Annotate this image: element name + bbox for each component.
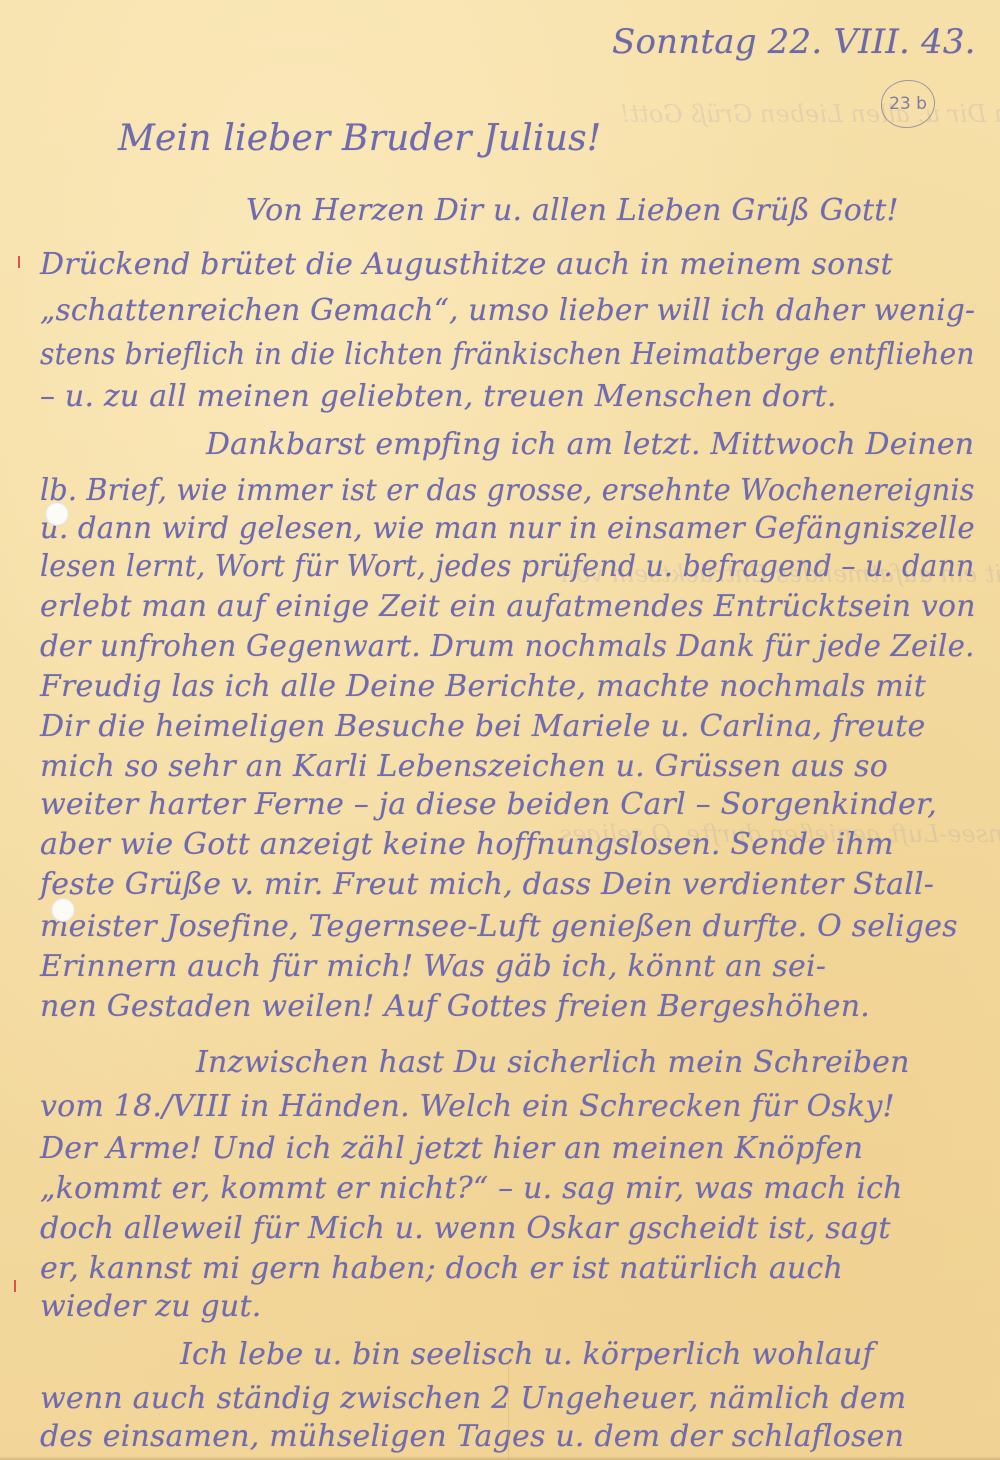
letter-line: wenn auch ständig zwischen 2 Ungeheuer, … bbox=[40, 1384, 906, 1414]
punch-hole bbox=[45, 502, 69, 526]
letter-line: u. dann wird gelesen, wie man nur in ein… bbox=[40, 514, 975, 544]
letter-line: Freudig las ich alle Deine Berichte, mac… bbox=[40, 672, 926, 702]
letter-page: Von Herzen Dir u. allen Lieben Grüß Gott… bbox=[0, 0, 1000, 1460]
paper-edge bbox=[0, 1456, 1000, 1460]
letter-line: mich so sehr an Karli Lebenszeichen u. G… bbox=[40, 752, 888, 782]
paper-fold bbox=[508, 1360, 509, 1460]
letter-line: Erinnern auch für mich! Was gäb ich, kön… bbox=[40, 952, 826, 982]
letter-line: nen Gestaden weilen! Auf Gottes freien B… bbox=[40, 992, 870, 1022]
letter-line: – u. zu all meinen geliebten, treuen Men… bbox=[40, 382, 837, 412]
letter-line: „schattenreichen Gemach“, umso lieber wi… bbox=[40, 296, 975, 326]
margin-tick bbox=[18, 256, 20, 268]
letter-line: doch alleweil für Mich u. wenn Oskar gsc… bbox=[40, 1214, 891, 1244]
letter-line: erlebt man auf einige Zeit ein aufatmend… bbox=[40, 592, 976, 622]
letter-line: Ich lebe u. bin seelisch u. körperlich w… bbox=[180, 1340, 874, 1370]
letter-line: er, kannst mi gern haben; doch er ist na… bbox=[40, 1254, 843, 1284]
letter-line: Dir die heimeligen Besuche bei Mariele u… bbox=[40, 712, 925, 742]
letter-line: Der Arme! Und ich zähl jetzt hier an mei… bbox=[40, 1134, 863, 1164]
salutation: Mein lieber Bruder Julius! bbox=[118, 118, 601, 159]
letter-line: der unfrohen Gegenwart. Drum nochmals Da… bbox=[40, 632, 975, 662]
letter-line: Drückend brütet die Augusthitze auch in … bbox=[40, 250, 893, 280]
bleed-through-text: Von Herzen Dir u. allen Lieben Grüß Gott… bbox=[620, 100, 1000, 128]
letter-line: aber wie Gott anzeigt keine hoffnungslos… bbox=[40, 830, 894, 860]
letter-line: Von Herzen Dir u. allen Lieben Grüß Gott… bbox=[246, 196, 899, 226]
letter-line: „kommt er, kommt er nicht?“ – u. sag mir… bbox=[40, 1174, 903, 1204]
margin-tick bbox=[14, 1280, 16, 1292]
letter-line: lb. Brief, wie immer ist er das grosse, … bbox=[40, 476, 975, 506]
letter-line: Inzwischen hast Du sicherlich mein Schre… bbox=[196, 1048, 910, 1078]
letter-line: meister Josefine, Tegernsee-Luft genieße… bbox=[40, 912, 958, 942]
letter-line: weiter harter Ferne – ja diese beiden Ca… bbox=[40, 790, 937, 820]
letter-line: lesen lernt, Wort für Wort, jedes prüfen… bbox=[40, 552, 975, 582]
date-line: Sonntag 22. VIII. 43. bbox=[612, 22, 976, 62]
archive-mark-label: 23 b bbox=[889, 94, 927, 114]
letter-line: Dankbarst empfing ich am letzt. Mittwoch… bbox=[206, 430, 974, 460]
letter-line: wieder zu gut. bbox=[40, 1292, 261, 1322]
letter-line: vom 18./VIII in Händen. Welch ein Schrec… bbox=[40, 1092, 895, 1122]
punch-hole bbox=[51, 898, 75, 922]
letter-line: des einsamen, mühseligen Tages u. dem de… bbox=[40, 1422, 904, 1452]
letter-line: stens brieflich in die lichten fränkisch… bbox=[40, 340, 975, 370]
letter-line: feste Grüße v. mir. Freut mich, dass Dei… bbox=[40, 870, 934, 900]
